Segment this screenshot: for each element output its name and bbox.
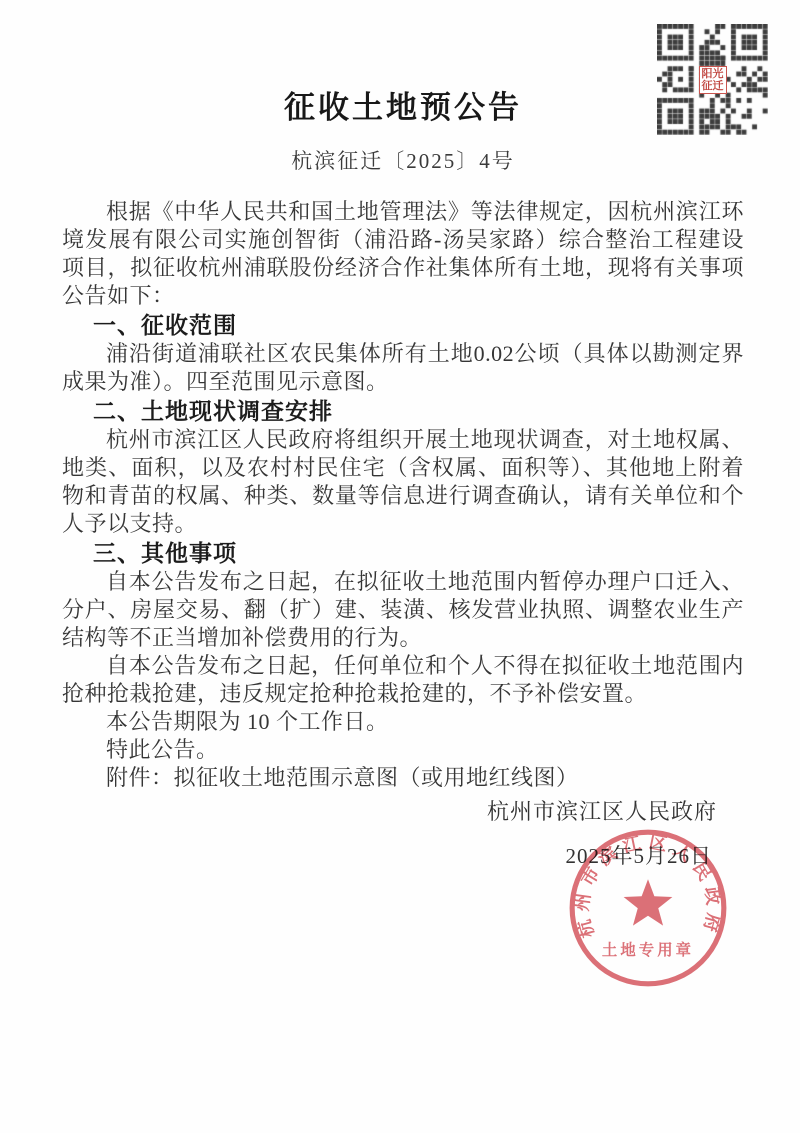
closing-line-attachment: 附件：拟征收土地范围示意图（或用地红线图） xyxy=(62,764,744,792)
seal-star-icon xyxy=(624,879,673,925)
date-line: 2025年5月26日 xyxy=(62,841,744,871)
section-3-paragraph-1: 自本公告发布之日起，在拟征收土地范围内暂停办理户口迁入、分户、房屋交易、翻（扩）… xyxy=(62,568,744,652)
section-heading-1: 一、征收范围 xyxy=(62,310,744,340)
doc-number: 杭滨征迁〔2025〕4号 xyxy=(62,146,744,176)
document-page: 阳光 征迁 征收土地预公告 杭滨征迁〔2025〕4号 根据《中华人民共和国土地管… xyxy=(0,0,800,1133)
closing-line-hereby: 特此公告。 xyxy=(62,736,744,764)
section-1-paragraph: 浦沿街道浦联社区农民集体所有土地0.02公顷（具体以勘测定界成果为准）。四至范围… xyxy=(62,340,744,396)
closing-line-duration: 本公告期限为 10 个工作日。 xyxy=(62,708,744,736)
section-heading-2: 二、土地现状调查安排 xyxy=(62,396,744,426)
intro-paragraph: 根据《中华人民共和国土地管理法》等法律规定，因杭州滨江环境发展有限公司实施创智街… xyxy=(62,198,744,310)
section-2-paragraph: 杭州市滨江区人民政府将组织开展土地现状调查，对土地权属、地类、面积，以及农村村民… xyxy=(62,426,744,538)
section-heading-3: 三、其他事项 xyxy=(62,538,744,568)
seal-bottom-text: 土地专用章 xyxy=(602,940,694,959)
signature-line: 杭州市滨江区人民政府 xyxy=(62,797,744,827)
page-title: 征收土地预公告 xyxy=(62,88,744,128)
section-3-paragraph-2: 自本公告发布之日起，任何单位和个人不得在拟征收土地范围内抢种抢栽抢建，违反规定抢… xyxy=(62,652,744,708)
